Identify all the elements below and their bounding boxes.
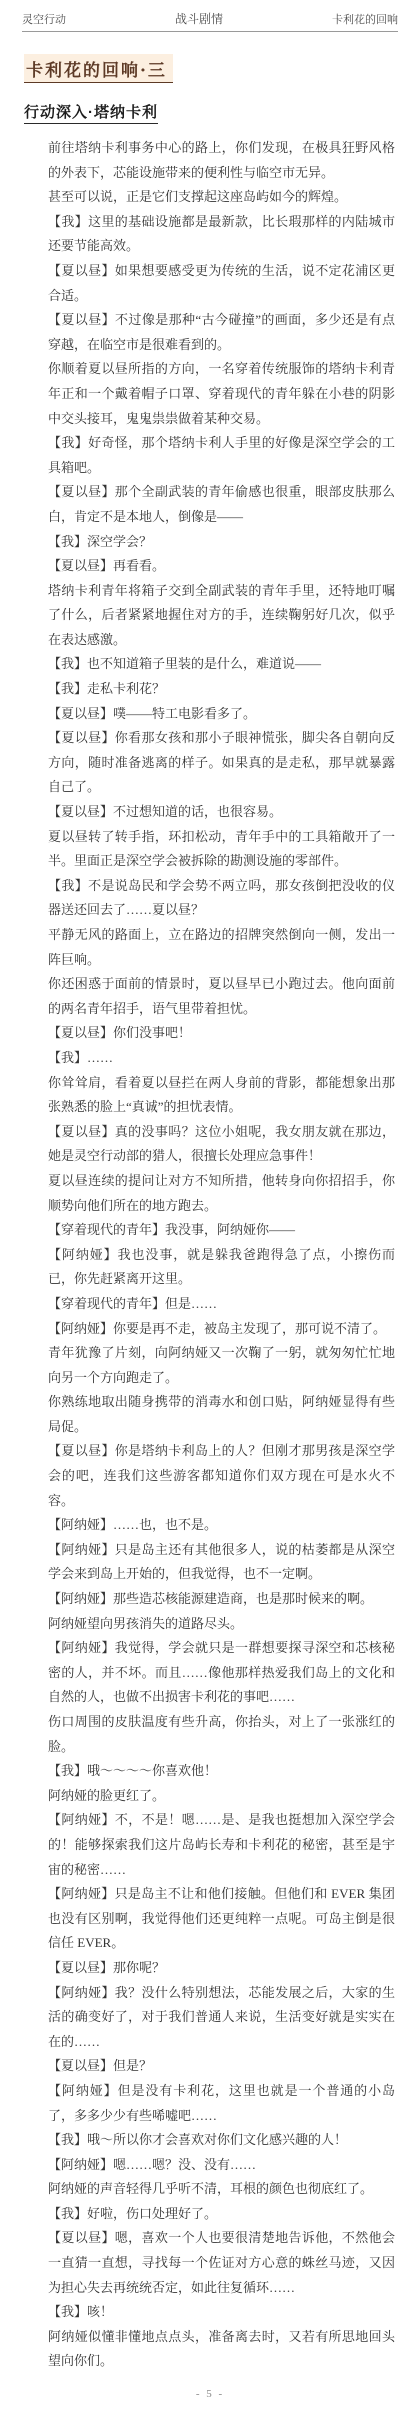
paragraph: 你还困惑于面前的情景时，夏以昼早已小跑过去。他向面前的两名青年招手，语气里带着担… xyxy=(48,972,395,1021)
paragraph: 【穿着现代的青年】但是…… xyxy=(48,1292,395,1317)
paragraph: 青年犹豫了片刻，向阿纳娅又一次鞠了一躬，就匆匆忙忙地向另一个方向跑走了。 xyxy=(48,1341,395,1390)
paragraph: 阿纳娅似懂非懂地点点头，准备离去时，又若有所思地回头望向你们。 xyxy=(48,2325,395,2374)
paragraph: 【我】哦～～～～你喜欢他！ xyxy=(48,1759,395,1784)
paragraph: 【夏以昼】再看看。 xyxy=(48,554,395,579)
paragraph: 【夏以昼】那个全副武装的青年偷感也很重，眼部皮肤那么白，肯定不是本地人，倒像是—… xyxy=(48,480,395,529)
paragraph: 伤口周围的皮肤温度有些升高，你抬头，对上了一张涨红的脸。 xyxy=(48,1710,395,1759)
paragraph: 阿纳娅望向男孩消失的道路尽头。 xyxy=(48,1612,395,1637)
paragraph: 【我】走私卡利花？ xyxy=(48,677,395,702)
paragraph: 【我】好奇怪，那个塔纳卡利人手里的好像是深空学会的工具箱吧。 xyxy=(48,431,395,480)
page-header: 灵空行动 战斗剧情 卡利花的回响 xyxy=(22,10,398,32)
paragraph: 【夏以昼】你看那女孩和那小子眼神慌张，脚尖各自朝向反方向，随时准备逃离的样子。如… xyxy=(48,726,395,800)
paragraph: 平静无风的路面上，立在路边的招牌突然倒向一侧，发出一阵巨响。 xyxy=(48,923,395,972)
paragraph: 【夏以昼】那你呢？ xyxy=(48,1956,395,1981)
paragraph: 【夏以昼】噗——特工电影看多了。 xyxy=(48,702,395,727)
paragraph: 【我】咳！ xyxy=(48,2300,395,2325)
paragraph: 阿纳娅的脸更红了。 xyxy=(48,1784,395,1809)
paragraph: 【我】好啦，伤口处理好了。 xyxy=(48,2202,395,2227)
paragraph: 【阿纳娅】只是岛主还有其他很多人，说的枯萎都是从深空学会来到岛上开始的，但我觉得… xyxy=(48,1538,395,1587)
title-row: 卡利花的回响·三 xyxy=(24,54,396,83)
paragraph: 【阿纳娅】但是没有卡利花，这里也就是一个普通的小岛了，多多少少有些唏嘘吧…… xyxy=(48,2079,395,2128)
paragraph: 【阿纳娅】我？没什么特别想法，芯能发展之后，大家的生活的确变好了，对于我们普通人… xyxy=(48,1981,395,2055)
paragraph: 你顺着夏以昼所指的方向，一名穿着传统服饰的塔纳卡利青年正和一个戴着帽子口罩、穿着… xyxy=(48,357,395,431)
section-row: 行动深入·塔纳卡利 xyxy=(24,101,396,124)
paragraph: 【夏以昼】不过想知道的话，也很容易。 xyxy=(48,800,395,825)
paragraph: 阿纳娅的声音轻得几乎听不清，耳根的颜色也彻底红了。 xyxy=(48,2177,395,2202)
paragraph: 【阿纳娅】那些造芯核能源建造商，也是那时候来的啊。 xyxy=(48,1587,395,1612)
paragraph: 【夏以昼】你是塔纳卡利岛上的人？但刚才那男孩是深空学会的吧，连我们这些游客都知道… xyxy=(48,1439,395,1513)
header-left-title: 灵空行动 xyxy=(22,11,66,27)
header-center-title: 战斗剧情 xyxy=(175,10,223,27)
paragraph: 甚至可以说，正是它们支撑起这座岛屿如今的辉煌。 xyxy=(48,185,395,210)
paragraph: 【阿纳娅】只是岛主不让和他们接触。但他们和 EVER 集团也没有区别啊，我觉得他… xyxy=(48,1882,395,1956)
paragraph: 【阿纳娅】我觉得，学会就只是一群想要探寻深空和芯核秘密的人，并不坏。而且……像他… xyxy=(48,1636,395,1710)
page-number: - 5 - xyxy=(0,2374,420,2410)
story-text-body: 前往塔纳卡利事务中心的路上，你们发现，在极具狂野风格的外表下，芯能设施带来的便利… xyxy=(48,136,395,2374)
paragraph: 你耸耸肩，看着夏以昼拦在两人身前的背影，都能想象出那张熟悉的脸上“真诚”的担忧表… xyxy=(48,1071,395,1120)
paragraph: 【我】也不知道箱子里装的是什么，难道说—— xyxy=(48,652,395,677)
paragraph: 【夏以昼】不过像是那种“古今碰撞”的画面，多少还是有点穿越，在临空市是很难看到的… xyxy=(48,308,395,357)
paragraph: 塔纳卡利青年将箱子交到全副武装的青年手里，还特地叮嘱了什么，后者紧紧地握住对方的… xyxy=(48,579,395,653)
paragraph: 【夏以昼】真的没事吗？这位小姐呢，我女朋友就在那边，她是灵空行动部的猎人，很擅长… xyxy=(48,1120,395,1169)
paragraph: 【穿着现代的青年】我没事，阿纳娅你—— xyxy=(48,1218,395,1243)
header-right-title: 卡利花的回响 xyxy=(332,11,398,27)
paragraph: 前往塔纳卡利事务中心的路上，你们发现，在极具狂野风格的外表下，芯能设施带来的便利… xyxy=(48,136,395,185)
paragraph: 【夏以昼】嗯，喜欢一个人也要很清楚地告诉他，不然他会一直猜一直想，寻找每一个佐证… xyxy=(48,2226,395,2300)
page-title: 卡利花的回响·三 xyxy=(24,54,173,83)
paragraph: 【夏以昼】但是？ xyxy=(48,2054,395,2079)
paragraph: 【我】哦～所以你才会喜欢对你们文化感兴趣的人！ xyxy=(48,2128,395,2153)
paragraph: 【阿纳娅】嗯……嗯？没、没有…… xyxy=(48,2153,395,2178)
paragraph: 【我】不是说岛民和学会势不两立吗，那女孩倒把没收的仪器送还回去了……夏以昼？ xyxy=(48,874,395,923)
document-page: 灵空行动 战斗剧情 卡利花的回响 卡利花的回响·三 行动深入·塔纳卡利 前往塔纳… xyxy=(0,0,420,2418)
section-heading: 行动深入·塔纳卡利 xyxy=(24,101,158,124)
paragraph: 【我】深空学会？ xyxy=(48,530,395,555)
paragraph: 夏以昼连续的提问让对方不知所措，他转身向你招招手，你顺势向他们所在的地方跑去。 xyxy=(48,1169,395,1218)
paragraph: 【我】这里的基础设施都是最新款，比长瑕那样的内陆城市还要节能高效。 xyxy=(48,210,395,259)
paragraph: 【夏以昼】如果想要感受更为传统的生活，说不定花浦区更合适。 xyxy=(48,259,395,308)
paragraph: 【阿纳娅】我也没事，就是躲我爸跑得急了点，小擦伤而已，你先赶紧离开这里。 xyxy=(48,1243,395,1292)
paragraph: 【阿纳娅】你要是再不走，被岛主发现了，那可说不清了。 xyxy=(48,1317,395,1342)
paragraph: 夏以昼转了转手指，环扣松动，青年手中的工具箱敞开了一半。里面正是深空学会被拆除的… xyxy=(48,825,395,874)
paragraph: 你熟练地取出随身携带的消毒水和创口贴，阿纳娅显得有些局促。 xyxy=(48,1390,395,1439)
paragraph: 【我】…… xyxy=(48,1046,395,1071)
paragraph: 【阿纳娅】……也，也不是。 xyxy=(48,1513,395,1538)
paragraph: 【夏以昼】你们没事吧！ xyxy=(48,1021,395,1046)
paragraph: 【阿纳娅】不，不是！嗯……是、是我也挺想加入深空学会的！能够探索我们这片岛屿长寿… xyxy=(48,1808,395,1882)
